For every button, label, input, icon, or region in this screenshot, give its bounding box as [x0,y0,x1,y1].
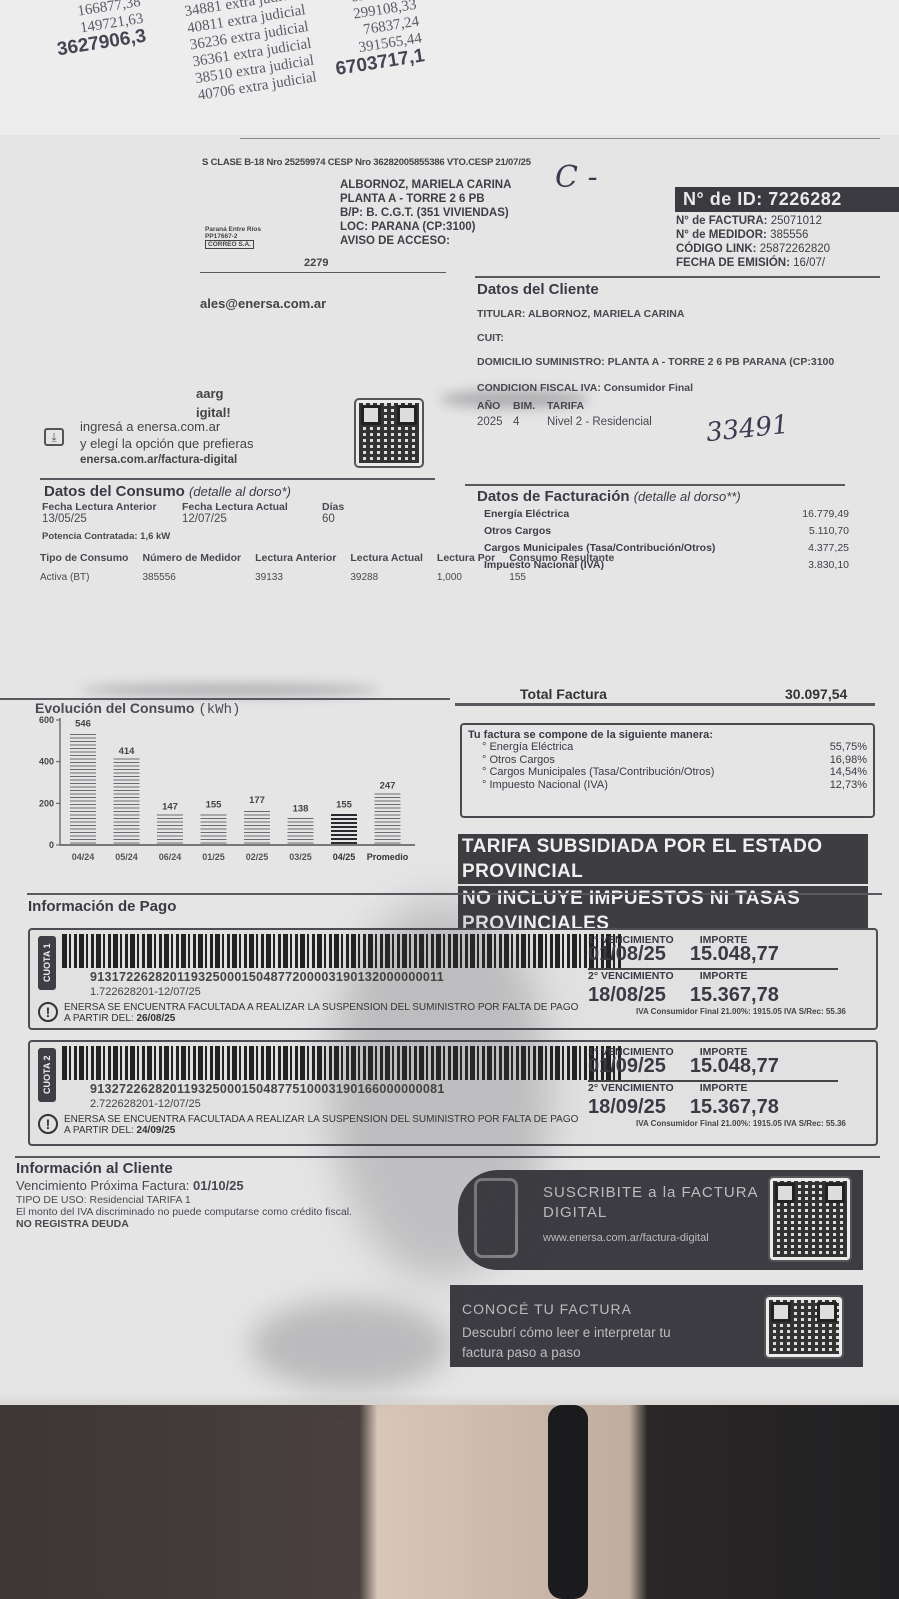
svg-text:147: 147 [162,801,178,812]
svg-text:546: 546 [75,718,91,729]
ledger-col-1: 275025,4 166877,38 149721,63 3627906,3 [48,0,148,58]
days-label: Días [322,501,382,513]
composition-row: ° Impuesto Nacional (IVA)12,73% [468,779,867,792]
usage-type: TIPO DE USO: Residencial TARIFA 1 [16,1194,352,1206]
contact-email[interactable]: ales@enersa.com.ar [200,296,326,311]
billing-items: Energía Eléctrica16.779,49 Otros Cargos5… [484,506,849,574]
svg-text:05/24: 05/24 [115,852,138,862]
contracted-power: Potencia Contratada: 1,6 kW [42,531,170,542]
second-due-amount: 15.367,78 [690,1096,779,1119]
promo-title: SUSCRIBITE a la FACTURA [543,1184,759,1201]
svg-text:155: 155 [206,800,223,811]
chair-leg [548,1405,588,1599]
composition-row: ° Cargos Municipales (Tasa/Contribución/… [468,766,867,779]
composition-row: ° Energía Eléctrica55,75% [468,741,867,754]
recipient-locality: LOC: PARANA (CP:3100) [340,220,511,234]
total-amount: 30.097,54 [785,686,847,702]
year-value: 2025 [477,416,513,428]
promo-line: ingresá a enersa.com.ar [80,418,253,435]
digital-invoice-link[interactable]: enersa.com.ar/factura-digital [80,452,253,469]
svg-text:600: 600 [39,715,54,725]
svg-text:155: 155 [336,800,353,811]
vat-note: IVA Consumidor Final 21.00%: 1915.05 IVA… [636,1007,858,1016]
svg-text:138: 138 [293,803,309,814]
ledger-col-3: 24511,36 220624,86 622355,67 299108,33 7… [318,0,426,78]
barcode[interactable] [62,934,622,968]
qr-code[interactable] [770,1178,850,1260]
cuit-row: CUIT: [477,326,834,350]
payment-reference: 1.722628201-12/07/25 [90,986,201,998]
handwritten-mark: C - [555,160,598,195]
reading-dates: Fecha Lectura Anterior Fecha Lectura Act… [42,501,382,525]
route-code: 2279 [304,257,328,269]
access-notice: AVISO DE ACCESO: [340,234,511,248]
promo-line: y elegí la opción que prefieras [80,435,253,452]
ledger-list: 275025,4 166877,38 149721,63 3627906,3 1… [30,0,488,142]
tariff-value: Nivel 2 - Residencial [547,416,707,428]
link-code: CÓDIGO LINK: 25872262820 [676,242,830,256]
payment-section-title: Información de Pago [28,898,176,915]
billing-row: Energía Eléctrica16.779,49 [484,506,849,523]
billing-row: Otros Cargos5.110,70 [484,523,849,540]
debt-status: NO REGISTRA DEUDA [16,1218,352,1230]
warning-icon: ! [38,1002,58,1022]
billing-row: Impuesto Nacional (IVA)3.830,10 [484,557,849,574]
first-due-date: 01/09/25 [588,1055,666,1078]
svg-text:06/24: 06/24 [159,852,182,862]
svg-text:01/25: 01/25 [202,852,225,862]
svg-text:247: 247 [380,781,396,792]
svg-text:0: 0 [49,840,54,850]
recipient-address: ALBORNOZ, MARIELA CARINA PLANTA A - TORR… [340,178,511,248]
second-due-label: 2° VENCIMIENTO [588,970,674,982]
digital-promo-heading: aarg igital! [196,384,231,422]
previous-reading-date: 13/05/25 [42,513,182,525]
table-cell: 39133 [255,564,350,583]
due-dates: 1° VENCIMIENTOIMPORTE 01/08/2515.048,77 … [588,934,858,1016]
qr-code[interactable] [766,1297,842,1357]
composition-box: Tu factura se compone de la siguiente ma… [460,723,875,818]
ledger-col-2: 18696 extra judicial 30691 extra judicia… [178,0,338,105]
next-due: Vencimiento Próxima Factura: 01/10/25 [16,1178,352,1194]
column-header: Número de Medidor [142,552,255,564]
digital-promo-text: ingresá a enersa.com.ar y elegí la opció… [80,418,253,469]
bimester-value: 4 [513,416,547,428]
table-cell: 385556 [142,564,255,583]
svg-text:Promedio: Promedio [367,852,409,862]
amount-label: IMPORTE [700,1082,748,1094]
subsidy-banner-line: TARIFA SUBSIDIADA POR EL ESTADO PROVINCI… [458,834,868,884]
promo-text: factura paso a paso [462,1345,581,1360]
promo-title: CONOCÉ TU FACTURA [462,1301,632,1317]
divider [455,703,875,706]
customer-info-title: Información al Cliente [16,1160,173,1177]
due-dates: 1° VENCIMIENTOIMPORTE 01/09/2515.048,77 … [588,1046,858,1128]
promo-link[interactable]: www.enersa.com.ar/factura-digital [543,1232,709,1244]
customer-info: Vencimiento Próxima Factura: 01/10/25 TI… [16,1178,352,1230]
column-header: Tipo de Consumo [40,552,142,564]
recipient-address-1: PLANTA A - TORRE 2 6 PB [340,192,511,206]
svg-text:02/25: 02/25 [246,852,269,862]
svg-text:200: 200 [39,798,54,808]
installment-tab: CUOTA 2 [38,1048,56,1102]
vat-disclaimer: El monto del IVA discriminado no puede c… [16,1206,352,1218]
second-due-label: 2° VENCIMIENTO [588,1082,674,1094]
divider [465,484,845,486]
svg-text:04/25: 04/25 [333,852,356,862]
first-due-date: 01/08/25 [588,943,666,966]
previous-reading-label: Fecha Lectura Anterior [42,501,182,513]
svg-text:414: 414 [119,746,136,757]
know-your-bill-promo[interactable]: CONOCÉ TU FACTURA Descubrí cómo leer e i… [450,1285,863,1367]
customer-id-badge: N° de ID: 7226282 [675,187,899,212]
second-due-amount: 15.367,78 [690,984,779,1007]
days-value: 60 [322,513,382,525]
promo-text: Descubrí cómo leer e interpretar tu [462,1325,671,1340]
composition-row: ° Otros Cargos16,98% [468,754,867,767]
divider [200,272,446,273]
divider [240,138,880,139]
billing-section-title: Datos de Facturación (detalle al dorso**… [477,488,741,505]
recipient-address-2: B/P: B. C.G.T. (351 VIVIENDAS) [340,206,511,220]
subsidy-banner: TARIFA SUBSIDIADA POR EL ESTADO PROVINCI… [458,834,868,936]
courier-name: CORREO S.A. [205,240,254,249]
issue-date: FECHA DE EMISIÓN: 16/07/ [676,256,830,270]
meter-number: N° de MEDIDOR: 385556 [676,228,830,242]
invoice-number: N° de FACTURA: 25071012 [676,214,830,228]
first-due-amount: 15.048,77 [690,1055,779,1078]
ink-smudge [440,390,590,408]
column-header: Lectura Actual [350,552,437,564]
shadow [250,1300,450,1390]
ink-smudge [80,684,380,696]
shadow [330,900,550,1280]
client-data: TITULAR: ALBORNOZ, MARIELA CARINA CUIT: … [477,302,834,374]
second-due-date: 18/09/25 [588,1096,666,1119]
supply-address-row: DOMICILIO SUMINISTRO: PLANTA A - TORRE 2… [477,350,834,374]
titular-row: TITULAR: ALBORNOZ, MARIELA CARINA [477,302,834,326]
table-cell: 39288 [350,564,437,583]
vat-note: IVA Consumidor Final 21.00%: 1915.05 IVA… [636,1119,858,1128]
svg-text:400: 400 [39,757,54,767]
second-due-date: 18/08/25 [588,984,666,1007]
divider [40,478,435,480]
consumption-bar-chart: 020040060054604/2441405/2414706/2415501/… [20,715,440,875]
floor-background [0,1405,899,1599]
courier-stamp: Paraná Entre Ríos PP17667-2 CORREO S.A. [205,226,261,249]
divider [475,276,880,278]
warning-icon: ! [38,1114,58,1134]
payment-reference: 2.722628201-12/07/25 [90,1098,201,1110]
download-icon: ⤓ [44,428,64,446]
qr-code[interactable] [356,400,422,466]
billing-row: Cargos Municipales (Tasa/Contribución/Ot… [484,540,849,557]
first-due-amount: 15.048,77 [690,943,779,966]
column-header: Lectura Anterior [255,552,350,564]
client-section-title: Datos del Cliente [477,281,599,298]
current-reading-date: 12/07/25 [182,513,322,525]
promo-line: aarg [196,384,231,403]
recipient-name: ALBORNOZ, MARIELA CARINA [340,178,511,192]
divider [27,893,882,895]
svg-text:177: 177 [249,795,265,806]
composition-title: Tu factura se compone de la siguiente ma… [468,729,867,741]
promo-title: DIGITAL [543,1204,607,1221]
current-reading-label: Fecha Lectura Actual [182,501,322,513]
postal-reference: S CLASE B-18 Nro 25259974 CESP Nro 36282… [202,157,531,168]
amount-label: IMPORTE [700,970,748,982]
consumption-section-title: Datos del Consumo (detalle al dorso*) [44,483,291,500]
table-cell: Activa (BT) [40,564,142,583]
invoice-meta: N° de FACTURA: 25071012 N° de MEDIDOR: 3… [676,214,830,270]
svg-text:04/24: 04/24 [72,852,95,862]
courier-city: Paraná Entre Ríos [205,226,261,233]
svg-text:03/25: 03/25 [289,852,312,862]
installment-tab: CUOTA 1 [38,936,56,990]
total-label: Total Factura [520,686,607,702]
courier-permit: PP17667-2 [205,233,261,240]
